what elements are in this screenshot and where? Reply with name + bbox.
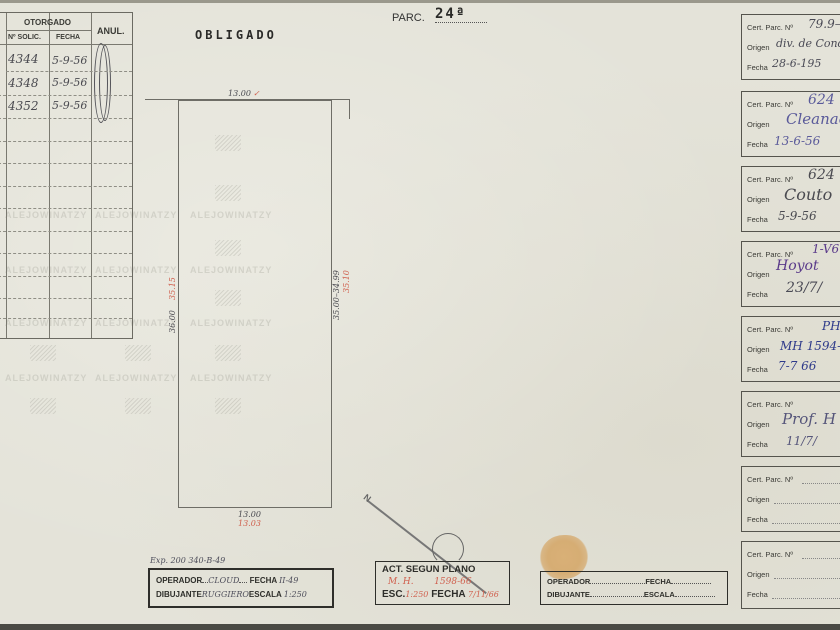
row-line bbox=[0, 298, 132, 299]
watermark-icon bbox=[125, 398, 151, 414]
row-line bbox=[0, 163, 132, 164]
operador-value: CLOUD bbox=[208, 576, 239, 585]
left-dimension: 36.00 bbox=[168, 310, 177, 333]
blank-line bbox=[802, 483, 840, 484]
row-line bbox=[0, 231, 132, 232]
col-header-anul: ANUL. bbox=[97, 26, 125, 36]
row-line bbox=[0, 118, 132, 119]
cert-card: Cert. Parc. Nº Origen Fecha 79.9– div. d… bbox=[741, 14, 840, 80]
parcel-label: PARC. bbox=[392, 12, 425, 24]
row-line bbox=[6, 71, 132, 72]
act-segun-plano: ACT. SEGUN PLANO bbox=[382, 564, 475, 575]
cert-card: Cert. Parc. Nº Origen Fecha PH MH 1594- … bbox=[741, 316, 840, 382]
origen-label: Origen bbox=[747, 345, 770, 354]
fecha-value: 7/11/66 bbox=[468, 590, 499, 599]
blank-line bbox=[774, 503, 840, 504]
row-line bbox=[0, 253, 132, 254]
origen-value: Hoyot bbox=[776, 258, 819, 274]
fecha-label: FECHA bbox=[431, 589, 465, 600]
bottom-dimension: 13.00 bbox=[238, 510, 261, 519]
watermark-icon bbox=[125, 345, 151, 361]
fecha-value: 13-6-56 bbox=[774, 134, 820, 148]
row-line bbox=[0, 186, 132, 187]
watermark-icon bbox=[30, 398, 56, 414]
blank-line bbox=[802, 558, 840, 559]
check-mark-icon: ✓ bbox=[253, 89, 260, 98]
fecha-value: 7-7 66 bbox=[778, 359, 816, 373]
otorgado-table: OTORGADO Nº SOLIC. FECHA ANUL. 4344 5-9-… bbox=[0, 12, 133, 339]
row-line bbox=[0, 318, 132, 319]
blank-line bbox=[774, 578, 840, 579]
mh-label: M. H. bbox=[388, 577, 414, 587]
cert-card-blank: Cert. Parc. Nº Origen Fecha bbox=[741, 466, 840, 532]
header-bottom bbox=[0, 44, 132, 45]
watermark-icon bbox=[30, 345, 56, 361]
cert-value: 624 bbox=[808, 167, 835, 183]
watermark-text: ALEJOWINATZY bbox=[95, 373, 177, 383]
fecha-value: 23/7/ bbox=[786, 280, 822, 296]
cert-label: Cert. Parc. Nº bbox=[747, 400, 793, 409]
operator-stamp: OPERADORCLOUD FECHA II-49 DIBUJANTERUGGI… bbox=[148, 568, 334, 608]
watermark-text: ALEJOWINATZY bbox=[5, 373, 87, 383]
operador-label: OPERADOR bbox=[156, 576, 202, 585]
fecha-value: II-49 bbox=[279, 576, 298, 585]
col-header-solic: Nº SOLIC. bbox=[8, 34, 41, 41]
origen-label: Origen bbox=[747, 420, 770, 429]
fecha-value: 5-9-56 bbox=[778, 209, 817, 223]
esc-value: 1:250 bbox=[405, 590, 428, 599]
cert-card: Cert. Parc. Nº Origen Fecha Prof. H 11/7… bbox=[741, 391, 840, 457]
fecha-label: Fecha bbox=[747, 215, 768, 224]
bottom-edge bbox=[0, 624, 840, 630]
origen-value: MH 1594- bbox=[780, 339, 840, 353]
fecha-label: FECHA bbox=[250, 576, 277, 585]
col-header-fecha: FECHA bbox=[56, 34, 80, 41]
escala-label: ESCALA bbox=[249, 590, 282, 599]
cert-label: Cert. Parc. Nº bbox=[747, 475, 793, 484]
blank-line bbox=[772, 523, 840, 524]
row-line bbox=[0, 95, 132, 96]
table-divider bbox=[49, 13, 50, 338]
row-line bbox=[0, 208, 132, 209]
dibujante-label: DIBUJANTE bbox=[547, 590, 590, 599]
origen-label: Origen bbox=[747, 43, 770, 52]
top-edge bbox=[0, 0, 840, 3]
bottom-dimension-revised: 13.03 bbox=[238, 519, 261, 528]
right-dimension-revised: 35.10 bbox=[342, 270, 351, 293]
cert-value: PH bbox=[822, 319, 840, 333]
parcel-outline bbox=[178, 100, 332, 508]
blank-line bbox=[772, 598, 840, 599]
cert-card: Cert. Parc. Nº Origen Fecha 624 Cleanae … bbox=[741, 91, 840, 157]
fecha-label: Fecha bbox=[747, 440, 768, 449]
origen-value: Couto bbox=[784, 185, 832, 204]
annul-scribble-icon bbox=[99, 45, 111, 121]
cert-value: 1-V6 bbox=[812, 242, 839, 256]
origen-label: Origen bbox=[747, 120, 770, 129]
partido-title: OBLIGADO bbox=[195, 28, 277, 42]
parcel-number: 24ª bbox=[435, 6, 487, 23]
expediente-number: Exp. 200 340-B-49 bbox=[150, 556, 225, 565]
origen-label: Origen bbox=[747, 195, 770, 204]
cell-solic: 4344 bbox=[8, 52, 39, 66]
dibujante-value: RUGGIERO bbox=[202, 590, 249, 599]
table-divider bbox=[91, 13, 92, 338]
row-line bbox=[0, 141, 132, 142]
origen-value: div. de Cond. bbox=[776, 37, 840, 50]
row-line bbox=[0, 276, 132, 277]
fecha-label: Fecha bbox=[747, 63, 768, 72]
operator-stamp-blank: OPERADORFECHA DIBUJANTEESCALA bbox=[540, 571, 728, 605]
fecha-label: FECHA bbox=[645, 577, 671, 586]
boundary-tick bbox=[349, 99, 350, 119]
header-divider bbox=[6, 30, 91, 31]
fecha-label: Fecha bbox=[747, 290, 768, 299]
fecha-label: Fecha bbox=[747, 140, 768, 149]
top-dimension: 13.00 bbox=[228, 89, 251, 98]
origen-label: Origen bbox=[747, 495, 770, 504]
cert-label: Cert. Parc. Nº bbox=[747, 325, 793, 334]
fecha-label: Fecha bbox=[747, 515, 768, 524]
cert-label: Cert. Parc. Nº bbox=[747, 100, 793, 109]
origen-label: Origen bbox=[747, 270, 770, 279]
update-stamp: ACT. SEGUN PLANO M. H. 1598-66 ESC.1:250… bbox=[375, 561, 510, 605]
left-dimension-revised: 35.15 bbox=[168, 277, 177, 300]
cert-card: Cert. Parc. Nº Origen Fecha 1-V6 Hoyot 2… bbox=[741, 241, 840, 307]
mh-value: 1598-66 bbox=[434, 577, 471, 587]
fecha-label: Fecha bbox=[747, 365, 768, 374]
cert-label: Cert. Parc. Nº bbox=[747, 23, 793, 32]
origen-label: Origen bbox=[747, 570, 770, 579]
cell-fecha: 5-9-56 bbox=[52, 76, 87, 89]
esc-label: ESC. bbox=[382, 589, 405, 600]
cert-value: 624 bbox=[808, 92, 835, 108]
otorgado-header: OTORGADO bbox=[24, 18, 71, 27]
escala-value: 1:250 bbox=[284, 590, 307, 599]
escala-label: ESCALA bbox=[644, 590, 675, 599]
cert-card-blank: Cert. Parc. Nº Origen Fecha bbox=[741, 541, 840, 609]
cert-label: Cert. Parc. Nº bbox=[747, 175, 793, 184]
operador-label: OPERADOR bbox=[547, 577, 590, 586]
fecha-value: 28-6-195 bbox=[772, 57, 821, 70]
cert-value: 79.9– bbox=[808, 17, 840, 31]
fecha-label: Fecha bbox=[747, 590, 768, 599]
cell-solic: 4352 bbox=[8, 99, 39, 113]
cert-card: Cert. Parc. Nº Origen Fecha 624 Couto 5-… bbox=[741, 166, 840, 232]
table-divider bbox=[6, 13, 7, 338]
origen-value: Prof. H bbox=[782, 410, 836, 428]
fecha-value: 11/7/ bbox=[786, 434, 817, 448]
cell-fecha: 5-9-56 bbox=[52, 54, 87, 67]
cell-fecha: 5-9-56 bbox=[52, 99, 87, 112]
right-dimension: 35.00–34.99 bbox=[332, 270, 341, 320]
cell-solic: 4348 bbox=[8, 76, 39, 90]
origen-value: Cleanae bbox=[786, 110, 840, 128]
dibujante-label: DIBUJANTE bbox=[156, 590, 202, 599]
cert-label: Cert. Parc. Nº bbox=[747, 550, 793, 559]
